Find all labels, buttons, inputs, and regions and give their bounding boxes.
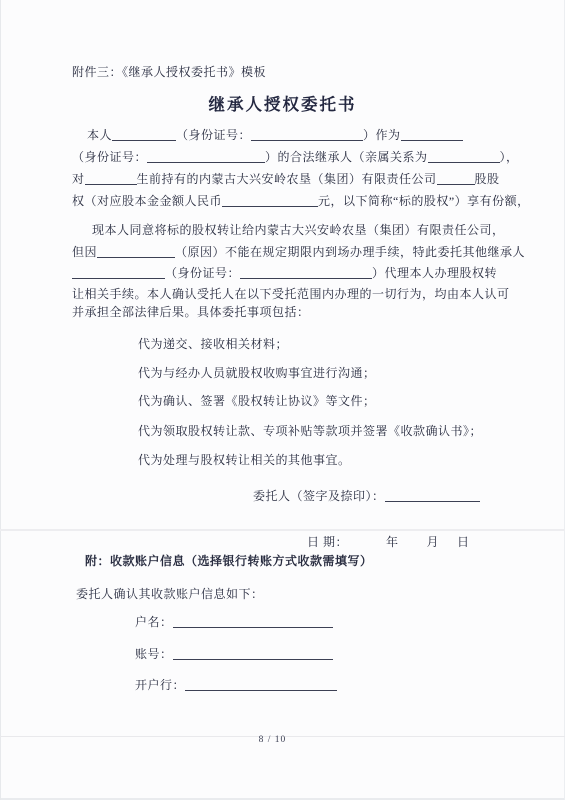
text-segment: （身份证号：: [165, 266, 240, 280]
date-year-label: 年: [386, 535, 399, 549]
scanned-document-page: 附件三：《继承人授权委托书》模板 继承人授权委托书 本人（身份证号：）作为 （身…: [0, 0, 565, 800]
text-segment: ）作为: [363, 128, 401, 142]
document-title: 继承人授权委托书: [0, 92, 565, 118]
signature-blank-field: [385, 488, 480, 502]
scan-artifact-line: [0, 529, 565, 531]
page-number: 8 / 10: [0, 733, 545, 747]
text-segment: 让相关手续。本人确认受托人在以下受托范围内办理的一切行为，均由本人认可: [72, 287, 510, 301]
text-segment: （原因）不能在规定期限内到场办理手续，特此委托其他继承人: [175, 245, 525, 259]
delegation-item: 代为处理与股权转让相关的其他事宜。: [138, 449, 351, 471]
text-segment: 元，以下简称“标的股权”）享有份额，: [318, 194, 530, 208]
blank-field: [72, 265, 165, 279]
date-label: 日 期：: [307, 535, 348, 549]
date-month-label: 月: [427, 535, 440, 549]
paragraph-line: 权（对应股本金金额人民币元，以下简称“标的股权”）享有份额，: [72, 190, 530, 212]
delegation-item: 代为确认、签署《股权转让协议》等文件；: [138, 390, 376, 412]
text-segment: 并承担全部法律后果。具体委托事项包括：: [72, 305, 310, 319]
blank-field: [401, 127, 463, 141]
text-segment: （身份证号：: [72, 150, 147, 164]
blank-field: [437, 171, 475, 185]
paragraph-line: 但因（原因）不能在规定期限内到场办理手续，特此委托其他继承人: [72, 241, 525, 263]
blank-field: [97, 244, 175, 258]
signature-label: 委托人（签字及捺印）：: [253, 489, 385, 503]
field-label: 户名：: [135, 615, 173, 629]
blank-field: [112, 127, 176, 141]
text-segment: ），: [500, 150, 519, 164]
paragraph-line: 并承担全部法律后果。具体委托事项包括：: [72, 301, 310, 323]
paragraph-line: 对生前持有的内蒙古大兴安岭农垦（集团）有限责任公司股股: [72, 168, 500, 190]
text-segment: 但因: [72, 245, 97, 259]
text-segment: ）代理本人办理股权转: [372, 266, 497, 280]
bank-field-account-number: 账号：: [135, 643, 333, 665]
attachment-note: 附件三：《继承人授权委托书》模板: [72, 61, 266, 83]
text-segment: 生前持有的内蒙古大兴安岭农垦（集团）有限责任公司: [137, 172, 437, 186]
delegation-item: 代为与经办人员就股权收购事宜进行沟通；: [138, 362, 376, 384]
signature-line: 委托人（签字及捺印）：: [253, 485, 480, 507]
blank-field: [240, 265, 372, 279]
blank-field: [173, 614, 333, 628]
blank-field: [85, 171, 137, 185]
bank-section-intro: 委托人确认其收款账户信息如下：: [76, 583, 264, 605]
bank-field-bank-name: 开户行：: [135, 674, 337, 696]
paragraph-line: 现本人同意将标的股权转让给内蒙古大兴安岭农垦（集团）有限责任公司，: [72, 219, 505, 241]
blank-field: [428, 149, 500, 163]
text-segment: 股股: [475, 172, 500, 186]
date-day-label: 日: [457, 535, 470, 549]
text-segment: ）的合法继承人（亲属关系为: [265, 150, 428, 164]
text-segment: （身份证号：: [176, 128, 251, 142]
blank-field: [185, 677, 337, 691]
paragraph-line: （身份证号：）的合法继承人（亲属关系为），: [72, 146, 519, 168]
blank-field: [222, 193, 318, 207]
delegation-item: 代为递交、接收相关材料；: [138, 333, 288, 355]
field-label: 开户行：: [135, 678, 185, 692]
text-segment: 权（对应股本金金额人民币: [72, 194, 222, 208]
text-segment: 本人: [87, 128, 112, 142]
delegation-item: 代为领取股权转让款、专项补贴等款项并签署《收款确认书》；: [138, 420, 482, 442]
bank-section-heading: 附：收款账户信息（选择银行转账方式收款需填写）: [85, 550, 373, 572]
paragraph-line: （身份证号：）代理本人办理股权转: [72, 262, 497, 284]
paragraph-line: 本人（身份证号：）作为: [72, 124, 463, 146]
bank-field-account-name: 户名：: [135, 611, 333, 633]
blank-field: [251, 127, 363, 141]
field-label: 账号：: [135, 647, 173, 661]
text-segment: 现本人同意将标的股权转让给内蒙古大兴安岭农垦（集团）有限责任公司，: [92, 223, 505, 237]
text-segment: 对: [72, 172, 85, 186]
blank-field: [147, 149, 265, 163]
blank-field: [173, 646, 333, 660]
